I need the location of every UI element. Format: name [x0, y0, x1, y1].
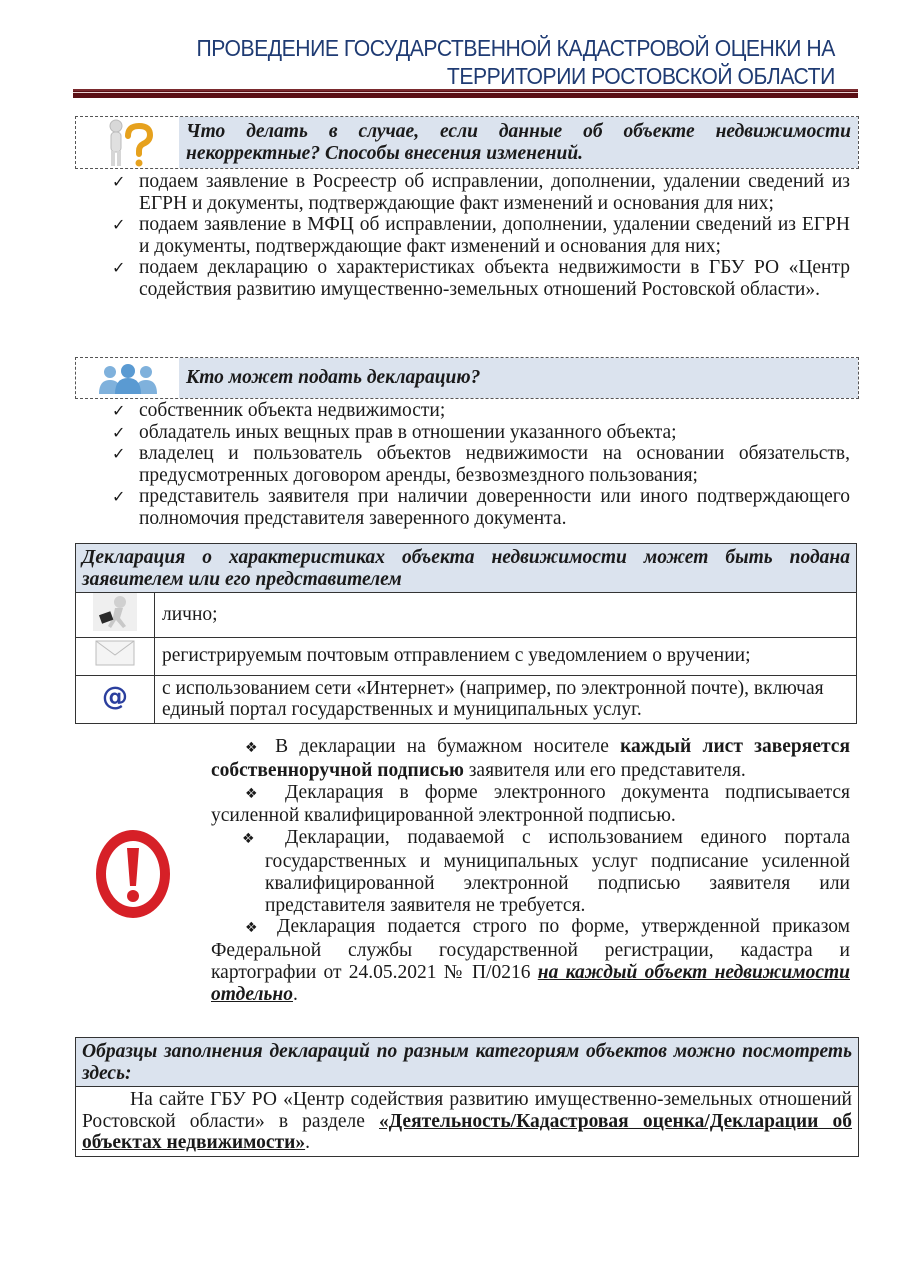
- table-title: Декларация о характеристиках объекта нед…: [76, 544, 857, 593]
- check-icon: ✓: [112, 443, 125, 465]
- requirement-portal: ❖ Декларации, подаваемой с использование…: [211, 827, 850, 916]
- people-group-icon: [76, 358, 179, 398]
- list-item: ✓владелец и пользователь объектов недвиж…: [112, 443, 850, 486]
- diamond-bullet-icon: ❖: [245, 740, 264, 756]
- list-item: ✓подаем заявление в Росреестр об исправл…: [112, 171, 850, 214]
- diamond-bullet-icon: ❖: [245, 786, 269, 802]
- question-person-icon: [76, 117, 179, 168]
- method-text: лично;: [155, 593, 857, 638]
- title-line-1: ПРОВЕДЕНИЕ ГОСУДАРСТВЕННОЙ КАДАСТРОВОЙ О…: [197, 34, 835, 62]
- list-item: ✓подаем заявление в МФЦ об исправлении, …: [112, 214, 850, 257]
- list-item: ✓подаем декларацию о характеристиках объ…: [112, 257, 850, 300]
- document-title: ПРОВЕДЕНИЕ ГОСУДАРСТВЕННОЙ КАДАСТРОВОЙ О…: [197, 34, 835, 90]
- check-icon: ✓: [112, 422, 125, 444]
- check-icon: ✓: [112, 214, 125, 236]
- signature-requirements: ❖ В декларации на бумажном носителе кажд…: [211, 736, 850, 1006]
- list-item: ✓представитель заявителя при наличии дов…: [112, 486, 850, 529]
- requirement-form: ❖ Декларация подается строго по форме, у…: [211, 916, 850, 1005]
- diamond-bullet-icon: ❖: [245, 920, 265, 936]
- samples-box: Образцы заполнения деклараций по разным …: [75, 1037, 859, 1157]
- check-icon: ✓: [112, 171, 125, 193]
- table-row: регистрируемым почтовым отправлением с у…: [76, 637, 857, 675]
- envelope-icon: [76, 637, 155, 675]
- running-person-briefcase-icon: [76, 593, 155, 638]
- check-icon: ✓: [112, 257, 125, 279]
- table-row: лично;: [76, 593, 857, 638]
- header-divider: [73, 89, 858, 98]
- list-item: ✓собственник объекта недвижимости;: [112, 400, 850, 422]
- table-row: @ с использованием сети «Интернет» (напр…: [76, 675, 857, 723]
- check-icon: ✓: [112, 400, 125, 422]
- table-header-row: Декларация о характеристиках объекта нед…: [76, 544, 857, 593]
- change-methods-list: ✓подаем заявление в Росреестр об исправл…: [112, 171, 850, 300]
- samples-body: На сайте ГБУ РО «Центр содействия развит…: [76, 1087, 858, 1156]
- section-who-can-submit-header: Кто может подать декларацию?: [75, 357, 859, 399]
- list-item: ✓обладатель иных вещных прав в отношении…: [112, 422, 850, 444]
- requirement-paper: ❖ В декларации на бумажном носителе кажд…: [211, 736, 850, 782]
- requirement-electronic: ❖ Декларация в форме электронного докуме…: [211, 782, 850, 828]
- exclamation-circle-icon: [93, 826, 173, 922]
- check-icon: ✓: [112, 486, 125, 508]
- section-incorrect-data-header: Что делать в случае, если данные об объе…: [75, 116, 859, 169]
- diamond-bullet-icon: ❖: [242, 831, 267, 847]
- method-text: регистрируемым почтовым отправлением с у…: [155, 637, 857, 675]
- at-sign-icon: @: [76, 675, 155, 723]
- method-text: с использованием сети «Интернет» (наприм…: [155, 675, 857, 723]
- submission-methods-table: Декларация о характеристиках объекта нед…: [75, 543, 857, 724]
- section-title: Что делать в случае, если данные об объе…: [179, 117, 858, 168]
- samples-title: Образцы заполнения деклараций по разным …: [76, 1038, 858, 1087]
- section-title: Кто может подать декларацию?: [179, 358, 858, 398]
- who-can-submit-list: ✓собственник объекта недвижимости; ✓обла…: [112, 400, 850, 529]
- title-line-2: ТЕРРИТОРИИ РОСТОВСКОЙ ОБЛАСТИ: [197, 62, 835, 90]
